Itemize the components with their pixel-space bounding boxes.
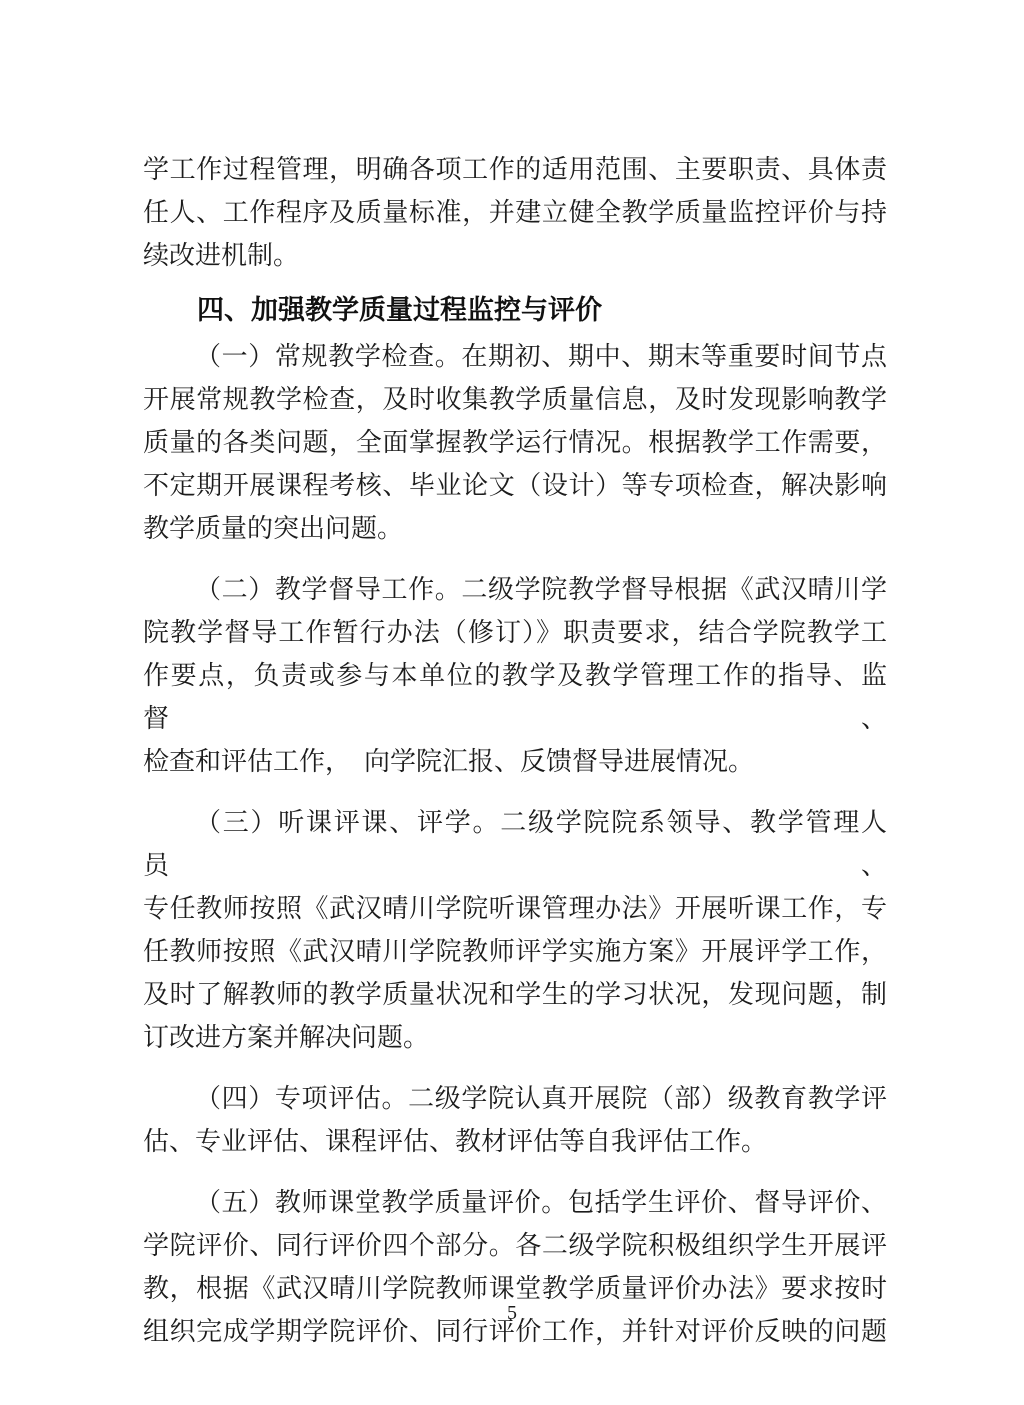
text-line: 任人、工作程序及质量标准，并建立健全教学质量监控评价与持 [143,191,887,234]
text-line: 开展常规教学检查，及时收集教学质量信息，及时发现影响教学 [143,378,887,421]
text-line: 估、专业评估、课程评估、教材评估等自我评估工作。 [143,1120,887,1163]
paragraph-item-4: （四）专项评估。二级学院认真开展院（部）级教育教学评 估、专业评估、课程评估、教… [143,1077,887,1163]
text-line: 检查和评估工作， 向学院汇报、反馈督导进展情况。 [143,740,887,783]
text-line: 专任教师按照《武汉晴川学院听课管理办法》开展听课工作，专 [143,887,887,930]
text-line: （四）专项评估。二级学院认真开展院（部）级教育教学评 [143,1077,887,1120]
text-line: 任教师按照《武汉晴川学院教师评学实施方案》开展评学工作， [143,930,887,973]
text-line: 及时了解教师的教学质量状况和学生的学习状况，发现问题，制 [143,973,887,1016]
text-line: （三）听课评课、评学。二级学院院系领导、教学管理人员、 [143,801,887,887]
text-line: （一）常规教学检查。在期初、期中、期末等重要时间节点 [143,335,887,378]
text-line: 不定期开展课程考核、毕业论文（设计）等专项检查，解决影响 [143,464,887,507]
text-line: 续改进机制。 [143,234,887,277]
text-line: （二）教学督导工作。二级学院教学督导根据《武汉晴川学 [143,568,887,611]
document-body: 学工作过程管理，明确各项工作的适用范围、主要职责、具体责 任人、工作程序及质量标… [143,148,887,1353]
text-line: 作要点，负责或参与本单位的教学及教学管理工作的指导、监督、 [143,654,887,740]
paragraph-item-1: （一）常规教学检查。在期初、期中、期末等重要时间节点 开展常规教学检查，及时收集… [143,335,887,550]
text-line: 学工作过程管理，明确各项工作的适用范围、主要职责、具体责 [143,148,887,191]
text-line: （五）教师课堂教学质量评价。包括学生评价、督导评价、 [143,1181,887,1224]
text-line: 院教学督导工作暂行办法（修订）》职责要求，结合学院教学工 [143,611,887,654]
intro-paragraph: 学工作过程管理，明确各项工作的适用范围、主要职责、具体责 任人、工作程序及质量标… [143,148,887,277]
paragraph-item-5: （五）教师课堂教学质量评价。包括学生评价、督导评价、 学院评价、同行评价四个部分… [143,1181,887,1353]
paragraph-item-2: （二）教学督导工作。二级学院教学督导根据《武汉晴川学 院教学督导工作暂行办法（修… [143,568,887,783]
text-line: 订改进方案并解决问题。 [143,1016,887,1059]
text-line: 学院评价、同行评价四个部分。各二级学院积极组织学生开展评 [143,1224,887,1267]
section-heading: 四、加强教学质量过程监控与评价 [143,289,887,332]
page-number: 5 [0,1300,1024,1326]
text-line: 教学质量的突出问题。 [143,507,887,550]
paragraph-item-3: （三）听课评课、评学。二级学院院系领导、教学管理人员、 专任教师按照《武汉晴川学… [143,801,887,1059]
text-line: 质量的各类问题，全面掌握教学运行情况。根据教学工作需要， [143,421,887,464]
document-page: 学工作过程管理，明确各项工作的适用范围、主要职责、具体责 任人、工作程序及质量标… [0,0,1024,1405]
